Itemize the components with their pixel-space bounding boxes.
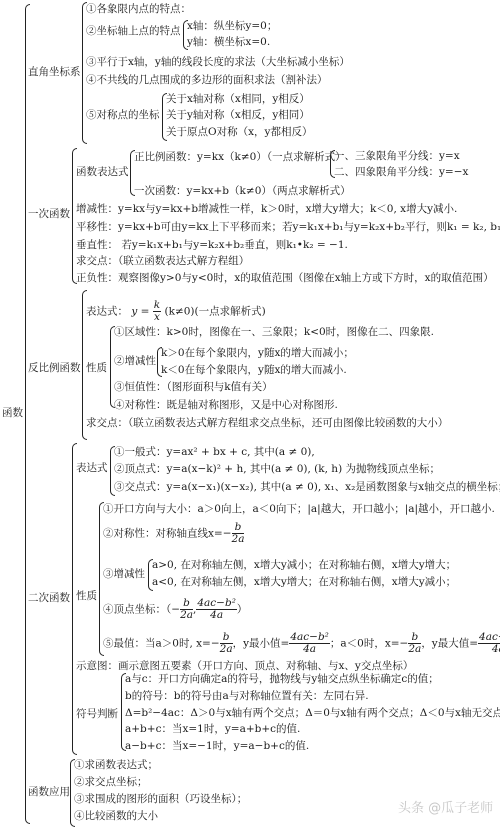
section-title-inverse: 反比例函数 [28,362,81,375]
inverse-fraction: kx [153,300,161,323]
quadratic-sketch: 示意图：画示意图五要素（开口方向、顶点、对称轴、与x、y交点坐标） [76,660,413,673]
vertex-suffix: ） [237,604,248,616]
inverse-constant: ③恒值性：（图形面积与k值有关） [114,381,273,394]
axis-den: 2a [232,534,245,545]
inverse-expr-suffix: (k≠0)(一点求解析式) [164,306,265,318]
sign-b: b的符号：b的符号由a与对称轴位置有关：左同右异. [125,690,369,703]
extreme-den2: 4a [478,644,500,655]
linear-sign: 正负性：观察图像y>0与y<0时，x的取值范围（图像在x轴上方或下方时，x的取值… [76,272,494,285]
quadratic-expr-vertex: ②顶点式：y=a(x−k)² + h, 其中(a ≠ 0), (k, h) 为抛… [114,463,440,476]
symmetry-x: 关于x轴对称（x相同，y相反） [166,93,310,106]
application-item-1: ①求函数表达式； [74,759,158,772]
quadratic-expr-label: 表达式 [76,462,108,475]
application-item-3: ③求围成的图形的面积（巧设坐标）； [74,793,247,806]
inverse-mono-2: k＜0在每个象限内，y随x的增大而减小. [161,364,347,377]
section-title-quadratic: 二次函数 [28,592,70,605]
extreme-2a2: 2a [408,644,421,655]
section-title-linear: 一次函数 [28,208,70,221]
linear-monotonic: 增减性：y=kx与y=kx+b增减性一样，k＞0时，x增大y增大；k＜0, x增… [76,203,457,216]
linear-perpendicular: 垂直性： 若y=k₁x+b₁与y=k₂x+b₂垂直，则k₁•k₂ = −1. [76,239,348,252]
quadratic-extreme: ⑤最值：当a＞0时, x=−b2a，y最小值=4ac−b²4a；a＜0时，x=−… [103,632,500,655]
coord-item-3: ③平行于x轴，y轴的线段长度的求法（大坐标减小坐标） [86,56,350,69]
extreme-max: ，y最大值= [421,638,478,650]
quadratic-mono-label: ③增减性 [103,568,145,581]
linear-proportional: 正比例函数：y=kx（k≠0）（一点求解析式） [134,151,346,164]
coord-brace [82,2,87,144]
inverse-region: ①区域性：k>0时，图像在一、三象限；k<0时，图像在二、四象限. [114,326,434,339]
extreme-y2: 4ac−b²4a [478,632,500,655]
application-item-4: ④比较函数的大小 [74,810,158,823]
linear-general: 一次函数：y=kx+b（k≠0）（两点求解析式） [134,185,351,198]
vertex-x-fraction: b2a [180,598,193,621]
inverse-mono-1: k＞0在每个象限内，y随x的增大而减小； [161,347,354,360]
quadratic-props-label: 性质 [76,590,97,603]
quadratic-expr-roots: ③交点式：y=a(x−x₁)(x−x₂), 其中(a ≠ 0), x₁、x₂是函… [114,481,500,494]
vertex-prefix: ④顶点坐标：（− [103,604,180,616]
quadratic-opening: ①开口方向与大小：a＞0向上，a＜0向下；|a|越大，开口越小；|a|越小，开口… [103,503,495,516]
linear-translation: 平移性：y=kx+b可由y=kx上下平移而来；若y=k₁x+b₁与y=k₂x+b… [76,221,500,234]
extreme-x2: b2a [408,632,421,655]
root-brace [25,4,30,824]
axis-point-x: x轴：纵坐标y=0； [187,20,277,33]
inverse-den: x [153,312,161,323]
inverse-intersection: 求交点：（联立函数表达式解方程组求交点坐标，还可由图像比较函数的大小） [86,417,448,430]
axis-point-y: y轴：横坐标x=0. [187,36,270,49]
extreme-2a1: 2a [220,644,233,655]
linear-expr-label: 函数表达式 [76,166,129,179]
section-title-coord: 直角坐标系 [28,66,81,79]
sign-a-plus-b-plus-c: a+b+c：当x=1时，y=a+b+c的值. [125,723,300,736]
inverse-expr-lhs: y = [131,306,149,318]
bisector-24: 二、四象限角平分线：y=−x [334,166,468,179]
root-label: 函数 [2,407,23,420]
quadratic-expr-general: ①一般式：y=ax² + bx + c, 其中(a ≠ 0), [114,446,315,459]
inverse-props-label: 性质 [86,362,107,375]
coord-item-2: ②坐标轴上点的特点 [86,25,181,38]
section-title-application: 函数应用 [28,786,70,799]
sign-ac: a与c：开口方向确定a的符号，抛物线与y轴交点纵坐标确定c的值； [125,673,439,686]
symmetry-origin: 关于原点O对称（x，y都相反） [166,126,312,139]
quadratic-sign-label: 符号判断 [76,708,118,721]
inverse-mono-label: ②增减性 [114,355,156,368]
vertex-den: 4a [196,610,237,621]
vertex-y-fraction: 4ac−b²4a [196,598,237,621]
bisector-13: 一、三象限角平分线：y=x [334,150,460,163]
symmetry-y: 关于y轴对称（x相反，y相同） [166,109,310,122]
sign-discriminant: Δ=b²−4ac：Δ＞0与x轴有两个交点；Δ＝0与x轴有两个交点；Δ＜0与x轴无… [125,707,500,720]
inverse-expression: 表达式： y = kx (k≠0)(一点求解析式) [86,300,266,323]
coord-item-4: ④不共线的几点围成的多边形的面积求法（割补法） [86,74,328,87]
extreme-y1: 4ac−b²4a [289,632,330,655]
application-item-2: ②求交点坐标； [74,776,148,789]
watermark: 头条 @瓜子老师 [398,797,493,816]
axis-prefix: ②对称性：对称轴直线x=− [103,528,232,540]
inverse-expr-prefix: 表达式： [86,306,128,318]
axis-fraction: b2a [232,522,245,545]
coord-item-5: ⑤对称点的坐标 [86,109,160,122]
inverse-symmetry: ④对称性：既是轴对称图形，又是中心对称图形. [114,399,338,412]
vertex-2a: 2a [180,610,193,621]
extreme-x1: b2a [220,632,233,655]
extreme-den1: 4a [289,644,330,655]
quadratic-vertex: ④顶点坐标：（−b2a,4ac−b²4a） [103,598,247,621]
extreme-b: ；a＜0时，x=− [330,638,408,650]
quadratic-mono-1: a>0, 在对称轴左侧，x增大y减小；在对称轴右侧，x增大y增大； [152,559,456,572]
extreme-a: ⑤最值：当a＞0时, x=− [103,638,220,650]
linear-intersection: 求交点：（联立函数表达式解方程组） [76,255,249,268]
coord-item-1: ①各象限内点的特点： [86,3,191,16]
sign-a-minus-b-plus-c: a−b+c：当x=−1时，y=a−b+c的值. [125,740,309,753]
quadratic-mono-2: a<0, 在对称轴左侧，x增大y增大；在对称轴右侧，x增大y减小； [152,576,456,589]
extreme-min: ，y最小值= [233,638,290,650]
quadratic-axis: ②对称性：对称轴直线x=−b2a [103,522,244,545]
